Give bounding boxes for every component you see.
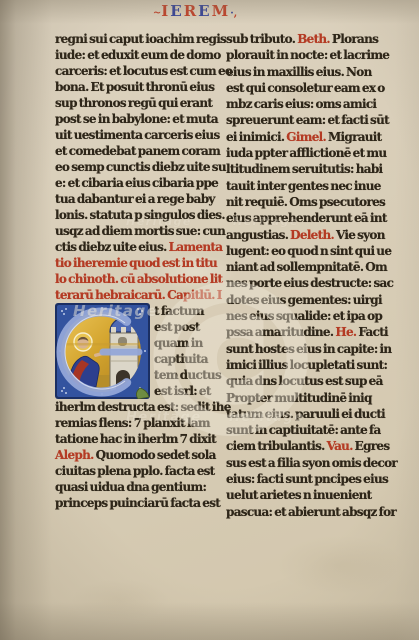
text-line: e: et cibaria eius cibaria ppe [55,175,219,191]
text-line: sunt hostes eius in capite: in [226,341,396,357]
running-header-ierem: ~IEREM·, [0,2,390,20]
right-column-text: sub tributo. Beth. Ploransplorauit in no… [226,31,396,520]
body-text: sub tributo. [226,32,297,46]
text-line: eius in maxillis eius. Non [226,64,396,80]
body-text: dotes eius gementes: uirgi [226,293,382,307]
body-text: eo semp cunctis diebz uite su [55,160,226,174]
text-line: Propter multitudinē iniq [226,390,396,406]
text-line: regni sui caput ioachim regis [55,31,219,47]
body-text: regni sui caput ioachim regis [55,32,226,46]
body-text: ciuitas plena pplo. facta est [55,464,215,478]
text-line: captiuita [154,351,219,367]
body-text: sunt in captiuitatē: ante fa [226,423,381,437]
text-line: uit uestimenta carceris eius [55,127,219,143]
illuminated-initial-E [55,303,150,399]
rubric-text: terarū hebraicarū. Capitlū. I [55,288,222,302]
body-text: bona. Et posuit thronū eius [55,80,214,94]
body-text: post se in babylone: et muta [55,112,218,126]
rubric-text: Lamenta [169,240,223,254]
text-line: sunt in captiuitatē: ante fa [226,422,396,438]
manuscript-page-photo: ~IEREM·, regni sui caput ioachim regisiu… [0,0,419,640]
rubric-text: tio iheremie quod est in titu [55,256,217,270]
body-text: tem ductus [154,368,221,382]
rubric-text: Gimel. [286,130,328,144]
text-line: nes eius squalide: et ipa op [226,308,396,324]
text-line: est isrl: et [154,383,219,399]
text-line: eius: facti sunt pncipes eius [226,471,396,487]
text-line: iude: et eduxit eum de domo [55,47,219,63]
body-text: mbz caris eius: oms amici [226,97,376,111]
left-column-upper-text: regni sui caput ioachim regisiude: et ed… [55,31,219,303]
text-line: tauit inter gentes nec inue [226,178,396,194]
body-text: sus est a filia syon omis decor [226,456,397,470]
rubric-text: lo chinoth. cū absolutione lit [55,272,222,286]
rubric-text: He. [335,325,358,339]
text-line: tatum eius. paruuli ei ducti [226,406,396,422]
horizon-band [59,343,143,346]
body-text: et comedebat panem coram [55,144,220,158]
text-line: bona. Et posuit thronū eius [55,79,219,95]
text-line: quia dns locutus est sup eā [226,373,396,389]
body-text: est isrl: et [154,384,211,398]
text-line: remias flens: 7 planxit lam [55,415,219,431]
body-text: Quomodo sedet sola [96,448,216,462]
body-text: nes porte eius destructe: sac [226,276,393,290]
body-text: e: et cibaria eius cibaria ppe [55,176,218,190]
text-line: tio iheremie quod est in titu [55,255,219,271]
body-text: lonis. statuta p singulos dies. [55,208,225,222]
body-text: quam in [154,336,203,350]
body-text: pssa amaritudine. [226,325,335,339]
body-text: t factum [154,304,204,318]
text-line: Aleph. Quomodo sedet sola [55,447,219,463]
text-line: pascua: et abierunt absqz for [226,504,396,520]
header-letter: I [161,2,170,20]
text-line: tem ductus [154,367,219,383]
header-flourish: ~ [153,8,161,19]
text-line: uelut arietes n inuenient [226,487,396,503]
body-text: spreuerunt eam: et facti sūt [226,113,389,127]
body-text: Migrauit [328,130,382,144]
text-line: tua dabantur ei a rege baby [55,191,219,207]
header-letter: E [170,2,183,20]
text-line: lugent: eo quod n sint qui ue [226,243,396,259]
body-text: eius in maxillis eius. Non [226,65,372,79]
body-text: carceris: et locutus est cum eo [55,64,232,78]
text-line: iuda ppter afflictionē et mu [226,145,396,161]
body-text: princeps puinciarū facta est [55,496,220,510]
body-text: tatione hac in iherlm 7 dixit [55,432,216,446]
text-line: ciem tribulantis. Vau. Egres [226,438,396,454]
text-line: eius apprehenderunt eā int [226,210,396,226]
text-line: et comedebat panem coram [55,143,219,159]
body-text: iuda ppter afflictionē et mu [226,146,386,160]
header-letter: R [184,2,198,20]
rubric-text: Aleph. [55,448,96,462]
header-letter: M [212,2,231,20]
body-text: ltitudinem seruitutis: habi [226,162,382,176]
rubric-text: Deleth. [290,228,336,242]
body-text: plorauit in nocte: et lacrime [226,48,389,62]
text-line: est qui consoletur eam ex o [226,80,396,96]
body-text: usqz ad diem mortis sue: cun [55,224,225,238]
text-line: ltitudinem seruitutis: habi [226,161,396,177]
body-text: iude: et eduxit eum de domo [55,48,221,62]
body-text: uelut arietes n inuenient [226,488,372,502]
body-text: quasi uidua dna gentium: [55,480,206,494]
body-text: Propter multitudinē iniq [226,391,372,405]
text-line: terarū hebraicarū. Capitlū. I [55,287,219,303]
body-text: sunt hostes eius in capite: in [226,342,391,356]
body-text: Vie syon [336,228,385,242]
body-text: eius apprehenderunt eā int [226,211,387,225]
body-text: niant ad sollempnitatē. Om [226,260,387,274]
text-line: princeps puinciarū facta est [55,495,219,511]
body-text: imici illius locupletati sunt: [226,358,387,372]
body-text: remias flens: 7 planxit lam [55,416,210,430]
body-text: nit requiē. Oms psecutores [226,195,385,209]
text-beside-initial: t factumest postquam incaptiuitatem duct… [154,303,219,399]
text-line: est post [154,319,219,335]
body-text: tauit inter gentes nec inue [226,179,381,193]
body-text: ei inimici. [226,130,286,144]
text-line: iherlm destructa est: sedit ihe [55,399,219,415]
text-line: nes porte eius destructe: sac [226,275,396,291]
text-line: spreuerunt eam: et facti sūt [226,112,396,128]
text-line: post se in babylone: et muta [55,111,219,127]
rubric-text: Vau. [327,439,355,453]
body-text: eius: facti sunt pncipes eius [226,472,388,486]
header-flourish: , [234,8,237,19]
illuminated-initial-row: t factumest postquam incaptiuitatem duct… [55,303,219,399]
text-line: plorauit in nocte: et lacrime [226,47,396,63]
body-text: nes eius squalide: et ipa op [226,309,382,323]
body-text: iherlm destructa est: sedit ihe [55,400,231,414]
body-text: Egres [355,439,390,453]
rubric-text: Beth. [297,32,332,46]
text-line: dotes eius gementes: uirgi [226,292,396,308]
body-text: Facti [358,325,388,339]
text-line: niant ad sollempnitatē. Om [226,259,396,275]
text-line: eo semp cunctis diebz uite su [55,159,219,175]
text-line: tatione hac in iherlm 7 dixit [55,431,219,447]
text-line: sus est a filia syon omis decor [226,455,396,471]
body-text: quia dns locutus est sup eā [226,374,383,388]
text-line: ciuitas plena pplo. facta est [55,463,219,479]
text-line: sub tributo. Beth. Plorans [226,31,396,47]
body-text: est post [154,320,200,334]
text-line: quam in [154,335,219,351]
text-line: lo chinoth. cū absolutione lit [55,271,219,287]
body-text: captiuita [154,352,208,366]
text-line: sup thronos regū qui erant [55,95,219,111]
left-column-lower-text: iherlm destructa est: sedit iheremias fl… [55,399,219,511]
text-line: angustias. Deleth. Vie syon [226,227,396,243]
body-text: angustias. [226,228,290,242]
text-line: imici illius locupletati sunt: [226,357,396,373]
body-text: lugent: eo quod n sint qui ue [226,244,391,258]
body-text: est qui consoletur eam ex o [226,81,385,95]
text-line: t factum [154,303,219,319]
body-text: ciem tribulantis. [226,439,327,453]
header-letter: E [198,2,211,20]
text-line: pssa amaritudine. He. Facti [226,324,396,340]
text-line: mbz caris eius: oms amici [226,96,396,112]
body-text: tatum eius. paruuli ei ducti [226,407,385,421]
text-line: carceris: et locutus est cum eo [55,63,219,79]
body-text: sup thronos regū qui erant [55,96,212,110]
body-text: uit uestimenta carceris eius [55,128,220,142]
body-text: tua dabantur ei a rege baby [55,192,215,206]
body-text: ctis diebz uite eius. [55,240,169,254]
text-line: usqz ad diem mortis sue: cun [55,223,219,239]
body-text: pascua: et abierunt absqz for [226,505,396,519]
text-line: nit requiē. Oms psecutores [226,194,396,210]
text-line: lonis. statuta p singulos dies. [55,207,219,223]
text-line: ei inimici. Gimel. Migrauit [226,129,396,145]
text-line: ctis diebz uite eius. Lamenta [55,239,219,255]
text-line: quasi uidua dna gentium: [55,479,219,495]
body-text: Plorans [332,32,378,46]
